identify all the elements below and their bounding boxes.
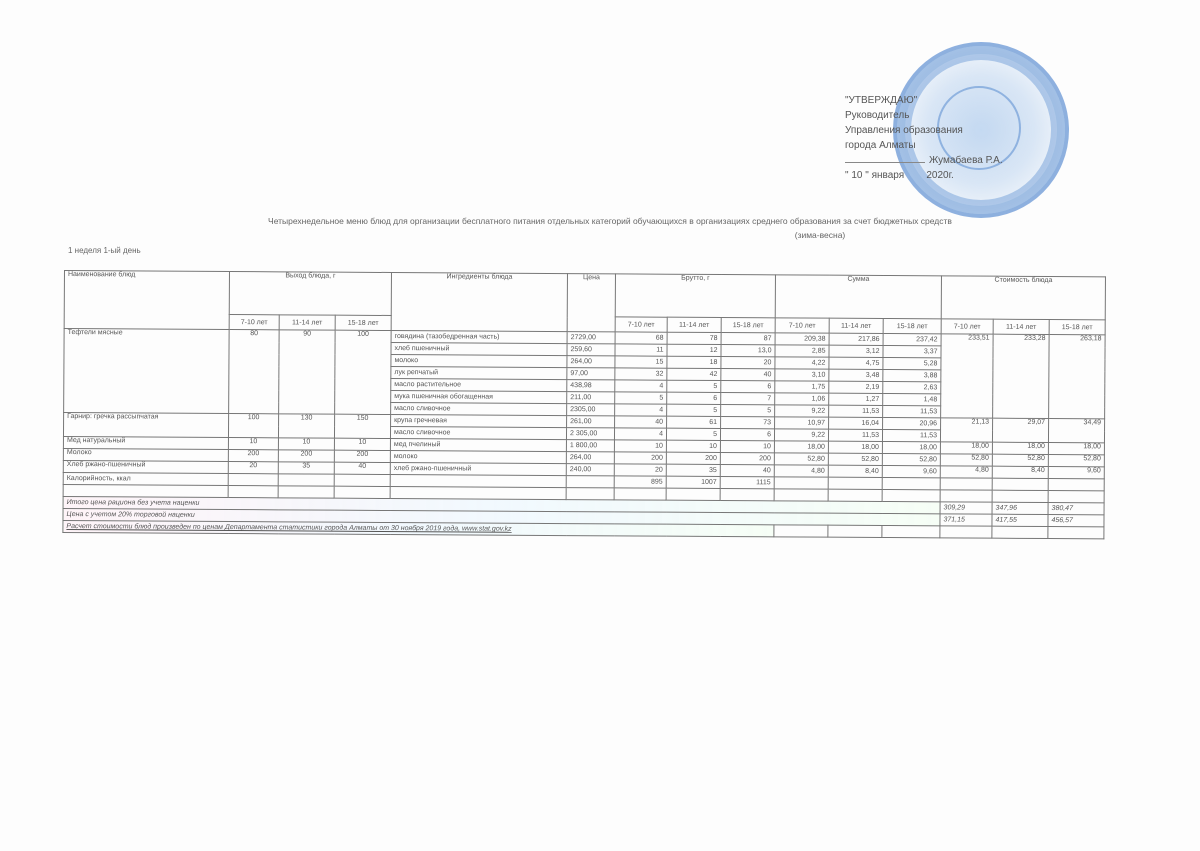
sum-value: 4,80 bbox=[774, 465, 828, 477]
sum-value: 3,37 bbox=[883, 346, 941, 358]
header-age-group: 11-14 лет bbox=[279, 315, 335, 330]
empty-cell bbox=[390, 474, 566, 487]
price-value: 264,00 bbox=[566, 452, 614, 464]
yield-value: 100 bbox=[228, 414, 278, 438]
empty-cell bbox=[720, 489, 774, 501]
gross-value: 4 bbox=[614, 428, 666, 440]
empty-cell bbox=[940, 490, 992, 502]
gross-value: 5 bbox=[615, 392, 667, 404]
empty-cell bbox=[992, 478, 1048, 490]
gross-value: 12 bbox=[667, 344, 721, 356]
header-dish-name: Наименование блюд bbox=[64, 271, 229, 330]
calorie-total: 895 bbox=[614, 476, 666, 488]
yield-value: 10 bbox=[228, 438, 278, 450]
gross-value: 40 bbox=[615, 416, 667, 428]
empty-cell bbox=[882, 478, 940, 490]
gross-value: 5 bbox=[721, 405, 775, 417]
price-value: 97,00 bbox=[567, 368, 615, 380]
sum-value: 52,80 bbox=[882, 454, 940, 466]
price-value: 2729,00 bbox=[567, 332, 615, 344]
sum-value: 4,22 bbox=[775, 357, 829, 369]
gross-value: 4 bbox=[615, 404, 667, 416]
empty-cell bbox=[882, 490, 940, 502]
header-ingredients: Ингредиенты блюда bbox=[391, 273, 567, 332]
calorie-total: 1007 bbox=[666, 476, 720, 488]
header-gross: Брутто, г bbox=[615, 274, 775, 318]
sum-value: 11,53 bbox=[828, 429, 882, 441]
empty-cell bbox=[1048, 527, 1104, 539]
yield-value: 80 bbox=[229, 330, 280, 414]
cost-value: 21,13 bbox=[940, 418, 992, 442]
gross-value: 13,0 bbox=[721, 345, 775, 357]
price-value: 259,60 bbox=[567, 344, 615, 356]
dish-name: Гарнир: гречка рассыпчатая bbox=[63, 413, 228, 438]
empty-cell bbox=[228, 486, 278, 498]
yield-value: 20 bbox=[228, 462, 278, 474]
approval-block: "УТВЕРЖДАЮ" Руководитель Управления обра… bbox=[845, 93, 1085, 183]
header-sum: Сумма bbox=[775, 275, 941, 319]
empty-cell bbox=[566, 476, 614, 488]
cost-value: 263,18 bbox=[1049, 335, 1106, 419]
gross-value: 11 bbox=[615, 344, 667, 356]
cost-value: 233,51 bbox=[941, 334, 994, 418]
ingredient-name: говядина (тазобедренная часть) bbox=[391, 330, 567, 343]
empty-cell bbox=[992, 490, 1048, 502]
sum-value: 3,88 bbox=[883, 370, 941, 382]
sum-value: 1,27 bbox=[829, 393, 883, 405]
ingredient-name: мед пчелиный bbox=[390, 438, 566, 451]
scanned-document: "УТВЕРЖДАЮ" Руководитель Управления обра… bbox=[0, 0, 1200, 851]
cost-value: 34,49 bbox=[1048, 419, 1104, 443]
gross-value: 200 bbox=[720, 453, 774, 465]
ingredient-name: масло сливочное bbox=[390, 426, 566, 439]
sum-value: 209,38 bbox=[775, 333, 829, 345]
ingredient-name: молоко bbox=[390, 450, 566, 463]
total-with-markup-value: 456,57 bbox=[1048, 515, 1104, 527]
approval-line: города Алматы bbox=[845, 138, 1085, 153]
cost-value: 9,60 bbox=[1048, 467, 1104, 479]
sum-value: 11,53 bbox=[829, 405, 883, 417]
gross-value: 200 bbox=[614, 452, 666, 464]
cost-value: 29,07 bbox=[992, 418, 1048, 442]
ingredient-name: молоко bbox=[391, 354, 567, 367]
gross-value: 42 bbox=[667, 368, 721, 380]
gross-value: 35 bbox=[666, 464, 720, 476]
price-value: 261,00 bbox=[567, 416, 615, 428]
price-value: 211,00 bbox=[567, 392, 615, 404]
empty-cell bbox=[774, 525, 828, 537]
gross-value: 73 bbox=[721, 417, 775, 429]
header-cost: Стоимость блюда bbox=[941, 276, 1105, 320]
header-age-group: 11-14 лет bbox=[993, 319, 1049, 334]
gross-value: 10 bbox=[614, 440, 666, 452]
cost-value: 18,00 bbox=[940, 442, 992, 454]
gross-value: 68 bbox=[615, 332, 667, 344]
empty-cell bbox=[228, 474, 278, 486]
empty-cell bbox=[334, 474, 390, 486]
cost-value: 52,80 bbox=[940, 454, 992, 466]
empty-cell bbox=[940, 478, 992, 490]
empty-cell bbox=[1048, 479, 1104, 491]
price-value: 2 305,00 bbox=[566, 428, 614, 440]
empty-cell bbox=[992, 526, 1048, 538]
yield-value: 35 bbox=[278, 462, 334, 474]
week-day-label: 1 неделя 1-ый день bbox=[68, 246, 141, 255]
empty-cell bbox=[828, 489, 882, 501]
gross-value: 20 bbox=[614, 464, 666, 476]
sum-value: 18,00 bbox=[882, 442, 940, 454]
ingredient-name: масло растительное bbox=[391, 378, 567, 391]
empty-cell bbox=[666, 488, 720, 500]
empty-cell bbox=[614, 488, 666, 500]
approval-date: " 10 " января 2020г. bbox=[845, 168, 1085, 183]
price-value: 264,00 bbox=[567, 356, 615, 368]
gross-value: 32 bbox=[615, 368, 667, 380]
header-age-group: 15-18 лет bbox=[721, 318, 775, 333]
ingredient-name: хлеб пшеничный bbox=[391, 342, 567, 355]
sum-value: 52,80 bbox=[828, 453, 882, 465]
gross-value: 200 bbox=[666, 452, 720, 464]
approval-line: Руководитель bbox=[845, 108, 1085, 123]
gross-value: 15 bbox=[615, 356, 667, 368]
sum-value: 11,53 bbox=[883, 406, 941, 418]
empty-cell bbox=[882, 526, 940, 538]
ingredient-name: лук репчатый bbox=[391, 366, 567, 379]
gross-value: 6 bbox=[720, 429, 774, 441]
sum-value: 237,42 bbox=[883, 334, 941, 346]
header-age-group: 7-10 лет bbox=[615, 317, 667, 332]
total-with-markup-value: 371,15 bbox=[940, 514, 992, 526]
ingredient-name: мука пшеничная обогащенная bbox=[391, 390, 567, 403]
header-age-group: 15-18 лет bbox=[883, 319, 941, 334]
header-age-group: 15-18 лет bbox=[335, 315, 391, 330]
yield-value: 100 bbox=[335, 330, 392, 414]
price-value: 438,98 bbox=[567, 380, 615, 392]
gross-value: 5 bbox=[666, 428, 720, 440]
dish-name: Мед натуральный bbox=[63, 436, 228, 449]
header-age-group: 11-14 лет bbox=[667, 317, 721, 332]
price-value: 240,00 bbox=[566, 464, 614, 476]
ingredient-name: масло сливочное bbox=[391, 402, 567, 415]
cost-value: 8,40 bbox=[992, 466, 1048, 478]
gross-value: 61 bbox=[667, 416, 721, 428]
header-age-group: 11-14 лет bbox=[829, 318, 883, 333]
empty-cell bbox=[774, 477, 828, 489]
empty-cell bbox=[828, 477, 882, 489]
cost-value: 18,00 bbox=[992, 442, 1048, 454]
sum-value: 52,80 bbox=[774, 453, 828, 465]
yield-value: 40 bbox=[334, 462, 390, 474]
sum-value: 18,00 bbox=[774, 441, 828, 453]
gross-value: 20 bbox=[721, 357, 775, 369]
gross-value: 87 bbox=[721, 333, 775, 345]
cost-value: 52,80 bbox=[992, 454, 1048, 466]
empty-cell bbox=[774, 489, 828, 501]
sum-value: 3,48 bbox=[829, 369, 883, 381]
sum-value: 5,28 bbox=[883, 358, 941, 370]
sum-value: 2,63 bbox=[883, 382, 941, 394]
gross-value: 10 bbox=[666, 440, 720, 452]
header-yield: Выход блюда, г bbox=[229, 272, 391, 316]
yield-value: 150 bbox=[334, 414, 390, 438]
cost-value: 18,00 bbox=[1048, 443, 1104, 455]
calorie-total: 1115 bbox=[720, 477, 774, 489]
empty-cell bbox=[828, 525, 882, 537]
sum-value: 4,75 bbox=[829, 357, 883, 369]
total-no-markup-value: 347,96 bbox=[992, 502, 1048, 514]
total-with-markup-value: 417,55 bbox=[992, 514, 1048, 526]
sum-value: 8,40 bbox=[828, 465, 882, 477]
approval-line: Управления образования bbox=[845, 123, 1085, 138]
gross-value: 5 bbox=[667, 404, 721, 416]
sum-value: 1,75 bbox=[775, 381, 829, 393]
header-age-group: 15-18 лет bbox=[1049, 320, 1105, 335]
empty-cell bbox=[278, 474, 334, 486]
empty-cell bbox=[278, 486, 334, 498]
sum-value: 1,06 bbox=[775, 393, 829, 405]
gross-value: 10 bbox=[720, 441, 774, 453]
yield-value: 200 bbox=[334, 450, 390, 462]
gross-value: 6 bbox=[667, 392, 721, 404]
empty-cell bbox=[1048, 491, 1104, 503]
dish-name: Молоко bbox=[63, 448, 228, 461]
sum-value: 3,10 bbox=[775, 369, 829, 381]
signature-line: Жумабаева Р.А. bbox=[845, 153, 1085, 168]
gross-value: 4 bbox=[615, 380, 667, 392]
yield-value: 130 bbox=[278, 414, 334, 438]
total-no-markup-value: 380,47 bbox=[1048, 503, 1104, 515]
document-title: Четырехнедельное меню блюд для организац… bbox=[120, 214, 1100, 242]
yield-value: 90 bbox=[279, 330, 336, 414]
header-age-group: 7-10 лет bbox=[229, 315, 279, 330]
sum-value: 2,19 bbox=[829, 381, 883, 393]
sum-value: 11,53 bbox=[882, 430, 940, 442]
price-value: 1 800,00 bbox=[566, 440, 614, 452]
calorie-label: Калорийность, ккал bbox=[63, 472, 228, 485]
ingredient-name: крупа гречневая bbox=[391, 414, 567, 427]
empty-cell bbox=[390, 486, 566, 499]
sum-value: 9,22 bbox=[775, 405, 829, 417]
gross-value: 40 bbox=[720, 465, 774, 477]
total-no-markup-value: 309,29 bbox=[940, 502, 992, 514]
yield-value: 10 bbox=[278, 438, 334, 450]
sum-value: 217,86 bbox=[829, 333, 883, 345]
price-value: 2305,00 bbox=[567, 404, 615, 416]
header-age-group: 7-10 лет bbox=[941, 319, 993, 334]
sum-value: 9,22 bbox=[774, 429, 828, 441]
yield-value: 200 bbox=[278, 450, 334, 462]
sum-value: 9,60 bbox=[882, 466, 940, 478]
sum-value: 20,96 bbox=[883, 418, 941, 430]
empty-cell bbox=[334, 486, 390, 498]
gross-value: 6 bbox=[721, 381, 775, 393]
sum-value: 1,48 bbox=[883, 394, 941, 406]
sum-value: 18,00 bbox=[828, 441, 882, 453]
approval-line: "УТВЕРЖДАЮ" bbox=[845, 93, 1085, 108]
yield-value: 200 bbox=[228, 450, 278, 462]
empty-cell bbox=[63, 484, 228, 497]
header-price: Цена bbox=[567, 274, 615, 332]
sum-value: 10,97 bbox=[775, 417, 829, 429]
yield-value: 10 bbox=[334, 438, 390, 450]
gross-value: 40 bbox=[721, 369, 775, 381]
dish-name: Хлеб ржано-пшеничный bbox=[63, 460, 228, 473]
menu-table: Наименование блюд Выход блюда, г Ингреди… bbox=[62, 270, 1106, 539]
sum-value: 3,12 bbox=[829, 345, 883, 357]
ingredient-name: хлеб ржано-пшеничный bbox=[390, 462, 566, 475]
empty-cell bbox=[566, 488, 614, 500]
gross-value: 78 bbox=[667, 332, 721, 344]
cost-value: 233,28 bbox=[993, 334, 1050, 418]
empty-cell bbox=[940, 526, 992, 538]
header-age-group: 7-10 лет bbox=[775, 318, 829, 333]
cost-value: 4,80 bbox=[940, 466, 992, 478]
gross-value: 7 bbox=[721, 393, 775, 405]
gross-value: 18 bbox=[667, 356, 721, 368]
gross-value: 5 bbox=[667, 380, 721, 392]
sum-value: 16,04 bbox=[829, 417, 883, 429]
dish-name: Тефтели мясные bbox=[64, 329, 230, 414]
sum-value: 2,85 bbox=[775, 345, 829, 357]
cost-value: 52,80 bbox=[1048, 455, 1104, 467]
